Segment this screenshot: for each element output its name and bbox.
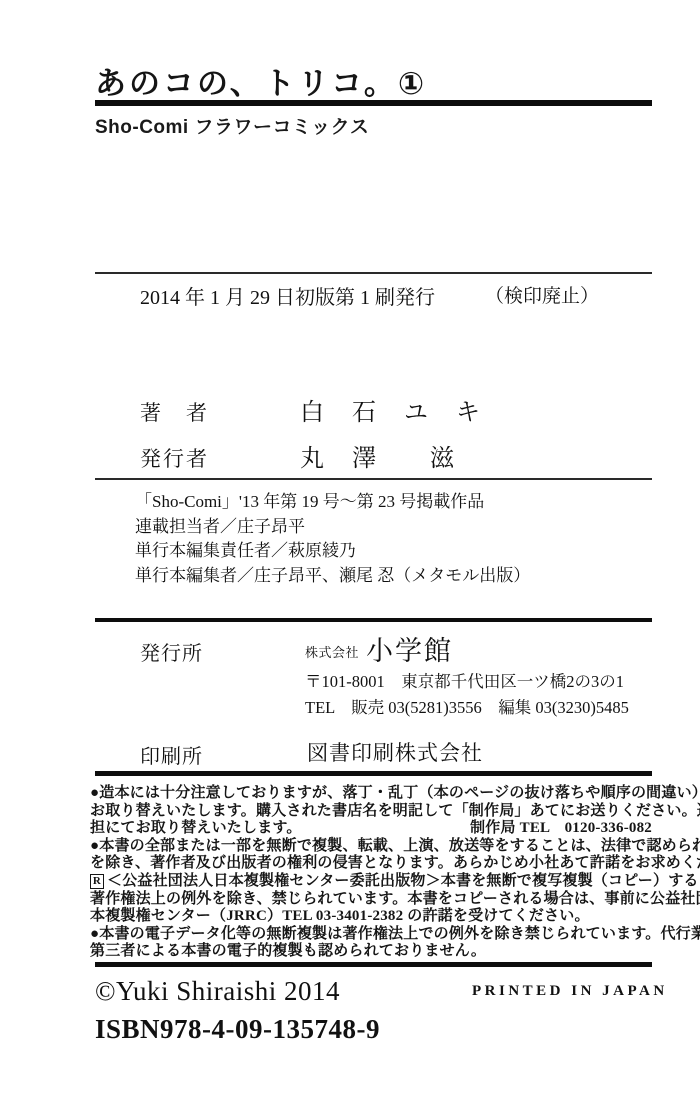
- company-name: 小学館: [366, 636, 453, 666]
- series-imprint-label: Sho-Comi フラワーコミックス: [95, 112, 655, 139]
- chief-editor-line: 単行本編集責任者／萩原綾乃: [135, 539, 655, 564]
- publisher-label: 発行所: [140, 637, 203, 666]
- notice-line-with-tel: 担にてお取り替えいたします。 制作局 TEL 0120-336-082: [90, 820, 652, 838]
- volume-editors-line: 単行本編集者／庄子昂平、瀬尾 忍（メタモル出版）: [135, 564, 655, 589]
- author-label: 著 者: [140, 397, 300, 427]
- printer-label: 印刷所: [140, 740, 203, 769]
- notice-line: ●本書の電子データ化等の無断複製は著作権法上での例外を除き禁じられています。代行…: [90, 926, 652, 944]
- footer-top-rule: [95, 962, 652, 967]
- production-bureau-tel: 制作局 TEL 0120-336-082: [470, 820, 652, 838]
- serialization-block: 「Sho-Comi」'13 年第 19 号～第 23 号掲載作品 連載担当者／庄…: [135, 490, 655, 588]
- printer-company: 図書印刷株式会社: [307, 737, 483, 767]
- issuer-credit-row: 発行者丸 澤 滋: [140, 438, 652, 473]
- edition-date-line: 2014 年 1 月 29 日初版第 1 刷発行: [140, 281, 435, 310]
- publisher-top-rule: [95, 618, 652, 622]
- notice-line: ●本書の全部または一部を無断で複製、転載、上演、放送等をすることは、法律で認めら…: [90, 838, 652, 856]
- credits-divider-rule: [95, 478, 652, 480]
- book-title: あのコの、トリコ。①: [95, 58, 655, 103]
- author-credit-row: 著 者白 石 ユ キ: [140, 392, 652, 427]
- isbn-number: ISBN978-4-09-135748-9: [95, 1014, 380, 1045]
- notice-line: を除き、著作者及び出版者の権利の侵害となります。あらかじめ小社あて許諾をお求めく…: [90, 855, 652, 873]
- printer-bottom-rule: [95, 771, 652, 776]
- notice-line: お取り替えいたします。購入された書店名を明記して「制作局」あてにお送りください。…: [90, 803, 652, 821]
- notice-line: ●造本には十分注意しておりますが、落丁・乱丁（本のページの抜け落ちや順序の間違い…: [90, 785, 652, 803]
- company-prefix: 株式会社: [305, 645, 359, 660]
- serialization-source-line: 「Sho-Comi」'13 年第 19 号～第 23 号掲載作品: [135, 490, 655, 515]
- copyright-line: ©Yuki Shiraishi 2014: [95, 976, 340, 1007]
- colophon-page: あのコの、トリコ。① Sho-Comi フラワーコミックス 2014 年 1 月…: [0, 0, 700, 1094]
- notice-line: 第三者による本書の電子的複製も認められておりません。: [90, 943, 652, 961]
- serial-editor-line: 連載担当者／庄子昂平: [135, 515, 655, 540]
- notice-line-text: 担にてお取り替えいたします。: [90, 820, 302, 838]
- notice-line: 著作権法上の例外を除き、禁じられています。本書をコピーされる場合は、事前に公益社…: [90, 891, 652, 909]
- publisher-company-line: 株式会社小学館: [305, 629, 453, 668]
- legal-notices-block: ●造本には十分注意しておりますが、落丁・乱丁（本のページの抜け落ちや順序の間違い…: [90, 785, 652, 961]
- author-name: 白 石 ユ キ: [300, 392, 482, 427]
- notice-line-jrrc: R＜公益社団法人日本複製権センター委託出版物＞本書を無断で複写複製（コピー）する…: [90, 873, 652, 891]
- printed-in-japan-label: PRINTED IN JAPAN: [472, 983, 668, 1000]
- notice-line-text: ＜公益社団法人日本複製権センター委託出版物＞本書を無断で複写複製（コピー）するこ…: [107, 873, 700, 889]
- edition-divider-rule: [95, 272, 652, 274]
- notice-line: 本複製権センター（JRRC）TEL 03-3401-2382 の許諾を受けてくだ…: [90, 908, 652, 926]
- publisher-address: 〒101-8001 東京都千代田区一ツ橋2の3の1: [305, 668, 624, 692]
- registered-r-box-icon: R: [90, 874, 104, 889]
- publisher-phones: TEL 販売 03(5281)3556 編集 03(3230)5485: [305, 694, 629, 718]
- issuer-label: 発行者: [140, 443, 300, 473]
- inspection-stamp-note: （検印廃止）: [485, 281, 599, 308]
- title-divider-rule: [95, 100, 652, 106]
- issuer-name: 丸 澤 滋: [300, 438, 456, 473]
